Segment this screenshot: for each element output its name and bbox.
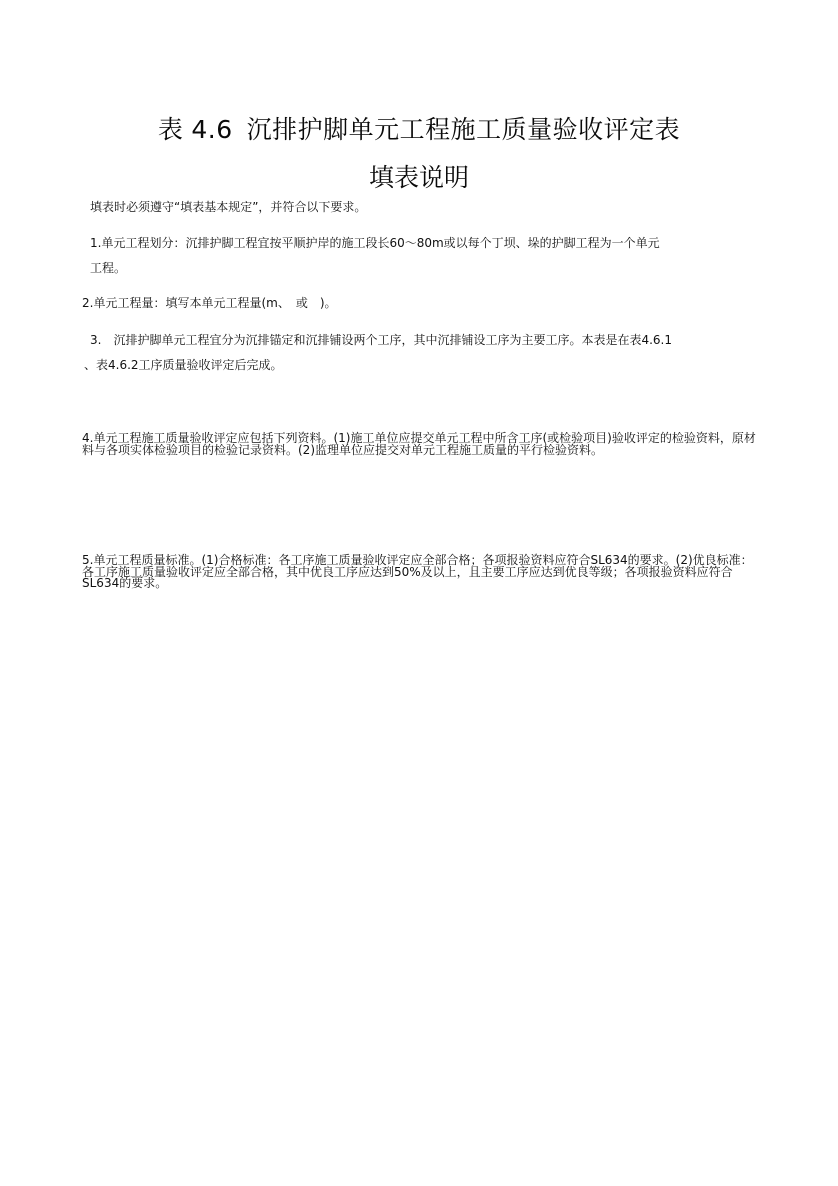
item-3-line-2: 、表4.6.2工序质量验收评定后完成。: [84, 357, 283, 373]
document-title: 表4.6沉排护脚单元工程施工质量验收评定表: [0, 110, 838, 146]
document-page: 表4.6沉排护脚单元工程施工质量验收评定表 填表说明 填表时必须遵守“填表基本规…: [0, 0, 838, 1186]
item-4: 4.单元工程施工质量验收评定应包括下列资料。(1)施工单位应提交单元工程中所含工…: [82, 433, 762, 456]
item-1-line-2: 工程。: [90, 260, 126, 276]
item-3-line-1: 3. 沉排护脚单元工程宜分为沉排锚定和沉排铺设两个工序，其中沉排铺设工序为主要工…: [90, 332, 672, 348]
title-prefix: 表: [158, 115, 184, 144]
item-1-line-1: 1.单元工程划分：沉排护脚工程宜按平顺护岸的施工段长60～80m或以每个丁坝、垛…: [90, 235, 660, 251]
title-text: 沉排护脚单元工程施工质量验收评定表: [247, 115, 681, 144]
item-2: 2.单元工程量：填写本单元工程量(m、 或 )。: [82, 295, 337, 311]
table-number: 4.6: [191, 115, 232, 144]
item-5: 5.单元工程质量标准。(1)合格标准：各工序施工质量验收评定应全部合格；各项报验…: [82, 555, 762, 590]
document-subtitle: 填表说明: [0, 158, 838, 194]
intro-paragraph: 填表时必须遵守“填表基本规定”，并符合以下要求。: [90, 199, 366, 215]
